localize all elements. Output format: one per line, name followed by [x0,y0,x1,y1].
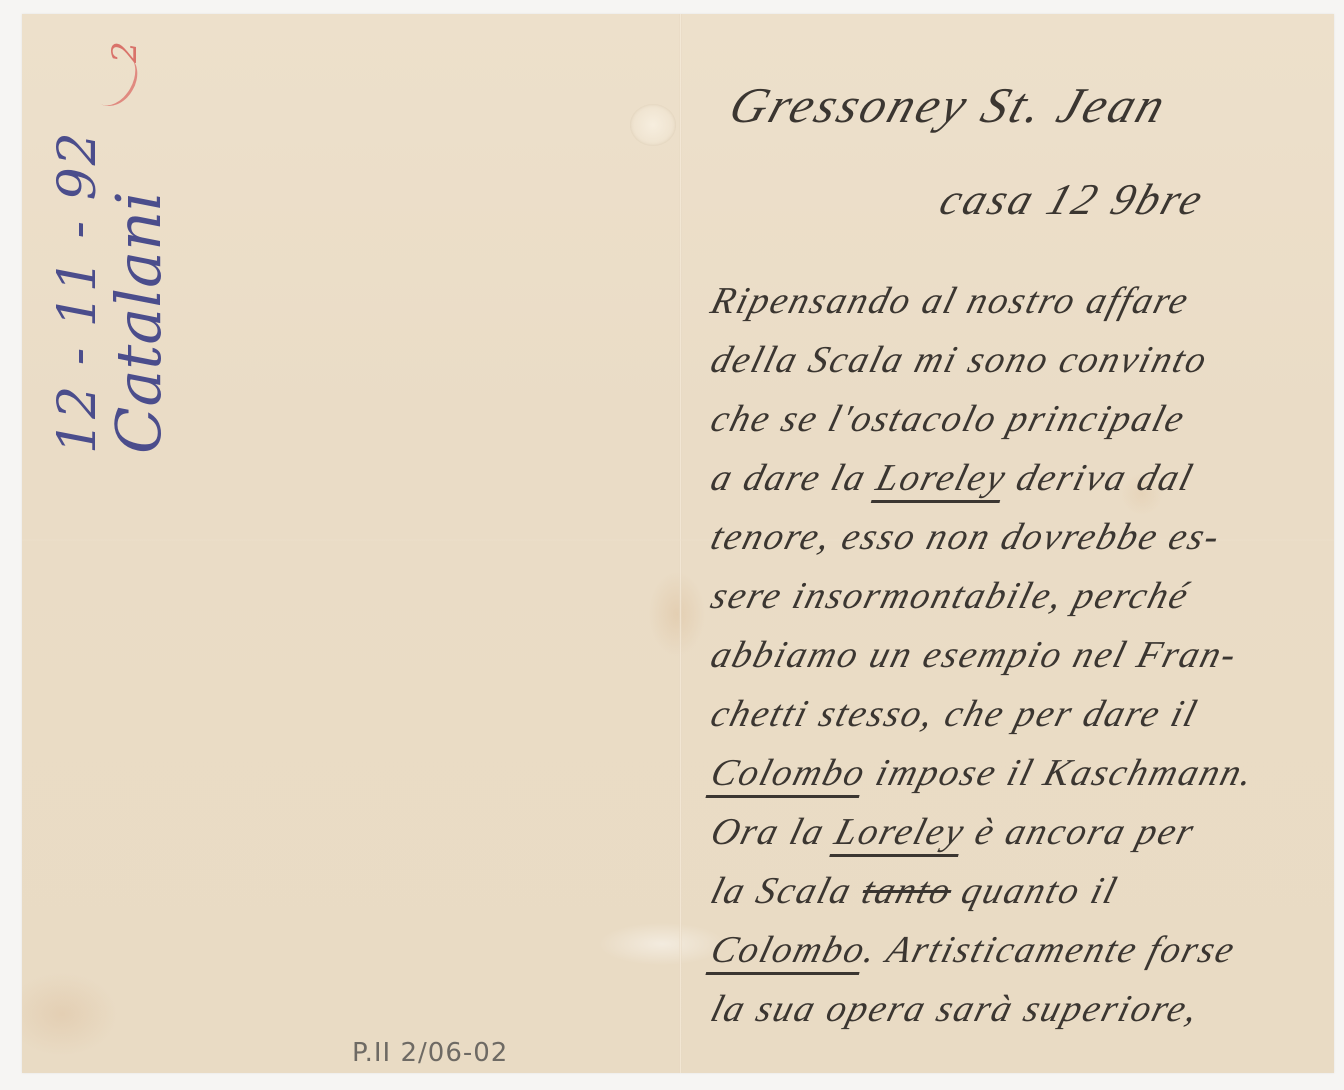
annotation-name: Catalani [108,130,170,454]
text-line: abbiamo un esempio nel Fran- [704,626,1330,685]
text-line: della Scala mi sono convinto [704,331,1330,390]
red-page-number: 2 [105,41,145,63]
text-line: Colombo. Artisticamente forse [704,921,1330,980]
text-line: Ripensando al nostro affare [704,272,1330,331]
text-line: che se l'ostacolo principale [704,390,1330,449]
margin-annotation: 12 - 11 - 92 Catalani [52,130,170,454]
letter-text: Ripensando al nostro affare della Scala … [712,272,1322,1039]
text-line: a dare la Loreley deriva dal [704,449,1330,508]
embossed-stamp [630,104,676,146]
text-line: la Scala tanto quanto il [704,862,1330,921]
text-line: la sua opera sarà superiore, [704,980,1330,1039]
letter-date: casa 12 9bre [934,174,1212,225]
letter-place: Gressoney St. Jean [723,76,1176,134]
text-line: sere insormontabile, perché [704,567,1330,626]
vertical-fold-line [679,14,682,1073]
annotation-date: 12 - 11 - 92 [52,130,104,454]
text-line: Colombo impose il Kaschmann. [704,744,1330,803]
text-line: Ora la Loreley è ancora per [704,803,1330,862]
letter-sheet: 2 12 - 11 - 92 Catalani Gressoney St. Je… [22,14,1334,1073]
text-line: chetti stesso, che per dare il [704,685,1330,744]
catalog-number: P.II 2/06-02 [352,1038,508,1068]
text-line: tenore, esso non dovrebbe es- [704,508,1330,567]
